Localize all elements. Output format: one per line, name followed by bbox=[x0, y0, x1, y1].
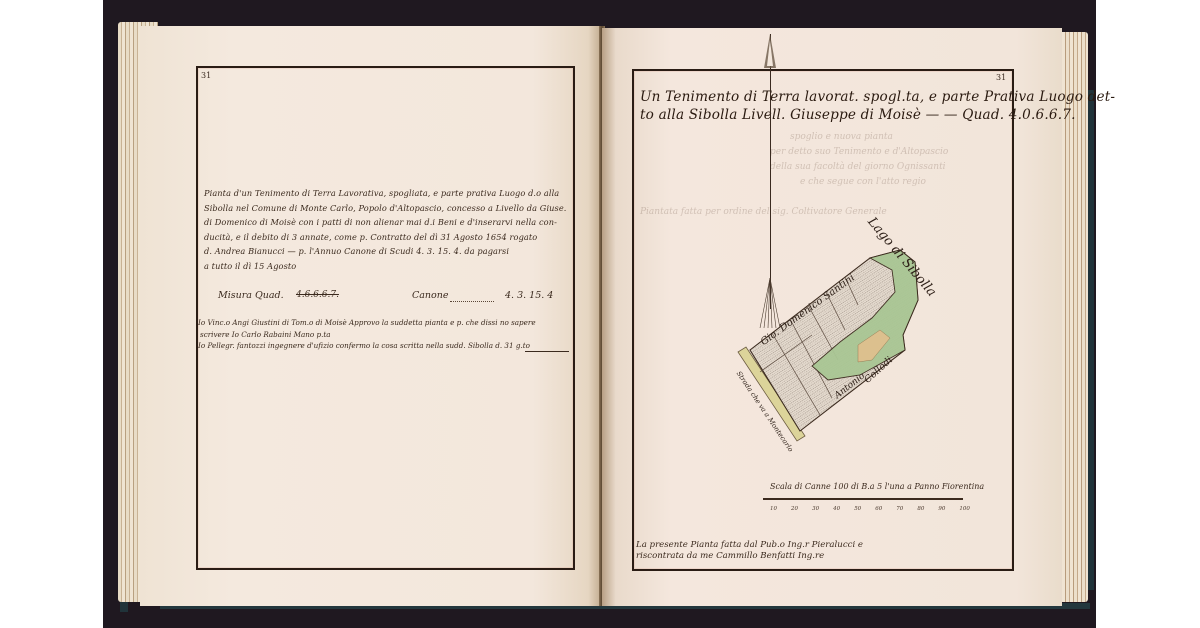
canon-label: Canone bbox=[412, 290, 449, 301]
note-end-rule bbox=[525, 351, 569, 352]
description-line: ducità, e il debito di 3 annate, come p.… bbox=[204, 230, 566, 245]
compass-fletching-icon bbox=[758, 278, 784, 328]
left-description: Pianta d'un Tenimento di Terra Lavorativ… bbox=[204, 186, 566, 274]
description-line: Pianta d'un Tenimento di Terra Lavorativ… bbox=[204, 186, 566, 201]
signature-line: La presente Pianta fatta dal Pub.o Ing.r… bbox=[636, 540, 863, 551]
scale-bar bbox=[763, 498, 963, 500]
scale-tick: 10 bbox=[770, 506, 777, 512]
note-line: Io Pellegr. fantozzi ingegnere d'ufizio … bbox=[198, 340, 536, 352]
right-page-frame bbox=[632, 69, 1014, 571]
description-line: di Domenico di Moisè con i patti di non … bbox=[204, 215, 566, 230]
scale-tick: 80 bbox=[917, 506, 924, 512]
title-line: to alla Sibolla Livell. Giuseppe di Mois… bbox=[640, 106, 1115, 124]
description-line: a tutto il dì 15 Agosto bbox=[204, 259, 566, 274]
canon-value: 4. 3. 15. 4 bbox=[505, 290, 553, 301]
surveyor-signature: La presente Pianta fatta dal Pub.o Ing.r… bbox=[636, 540, 863, 562]
measure-value: 4.6.6.6.7. bbox=[296, 290, 339, 300]
title-line: Un Tenimento di Terra lavorat. spogl.ta,… bbox=[640, 88, 1115, 106]
description-line: Sibolla nel Comune di Monte Carlo, Popol… bbox=[204, 201, 566, 216]
north-arrow-shaft bbox=[770, 34, 771, 309]
canon-leader bbox=[450, 301, 494, 302]
scale-tick: 20 bbox=[791, 506, 798, 512]
scale-tick: 100 bbox=[959, 506, 970, 512]
scale-ticks: 10 20 30 40 50 60 70 80 90 100 bbox=[770, 506, 970, 512]
measure-label: Misura Quad. bbox=[218, 290, 284, 301]
north-arrow-inner bbox=[767, 40, 773, 66]
map-title: Un Tenimento di Terra lavorat. spogl.ta,… bbox=[640, 88, 1115, 124]
signature-line: riscontrata da me Cammillo Benfatti Ing.… bbox=[636, 551, 863, 562]
description-line: d. Andrea Bianucci — p. l'Annuo Canone d… bbox=[204, 244, 566, 259]
scale-tick: 40 bbox=[833, 506, 840, 512]
note-line: scrivere Io Carlo Rabaini Mano p.ta bbox=[198, 329, 536, 341]
scale-tick: 50 bbox=[854, 506, 861, 512]
left-folio-number: 31 bbox=[201, 71, 211, 80]
right-folio-number: 31 bbox=[996, 73, 1006, 82]
scale-tick: 30 bbox=[812, 506, 819, 512]
scale-tick: 70 bbox=[896, 506, 903, 512]
note-line: Io Vinc.o Angi Giustini di Tom.o di Mois… bbox=[198, 317, 536, 329]
scale-tick: 60 bbox=[875, 506, 882, 512]
scale-title: Scala di Canne 100 di B.a 5 l'una a Pann… bbox=[770, 482, 984, 491]
approval-note: Io Vinc.o Angi Giustini di Tom.o di Mois… bbox=[198, 317, 536, 352]
scale-tick: 90 bbox=[938, 506, 945, 512]
